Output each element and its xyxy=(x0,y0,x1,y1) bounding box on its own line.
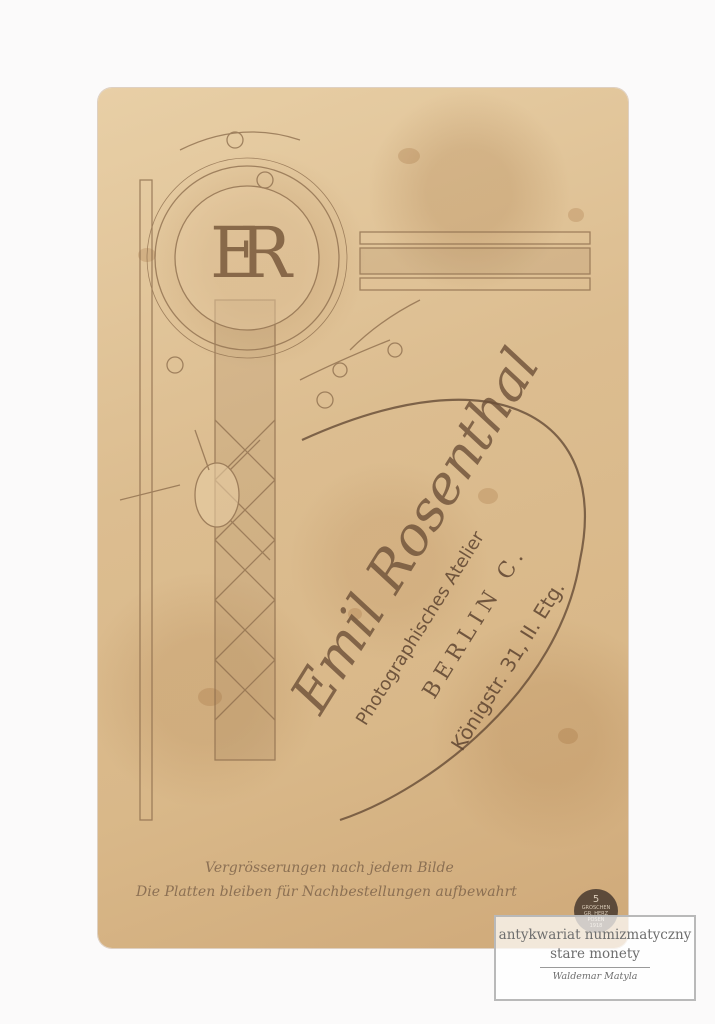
watermark-line-2: stare monety xyxy=(496,946,694,962)
footer-line-2: Die Platten bleiben für Nachbestellungen… xyxy=(136,884,517,900)
coin-value: 5 xyxy=(574,895,618,905)
watermark-line-1: antykwariat numizmatyczny xyxy=(496,927,694,943)
footer-line-1: Vergrösserungen nach jedem Bilde xyxy=(205,860,454,876)
watermark-line-3: Waldemar Matyla xyxy=(496,971,694,982)
watermark-divider xyxy=(540,967,650,968)
monogram: ER xyxy=(210,212,270,294)
watermark-badge: antykwariat numizmatyczny stare monety W… xyxy=(494,915,696,1001)
